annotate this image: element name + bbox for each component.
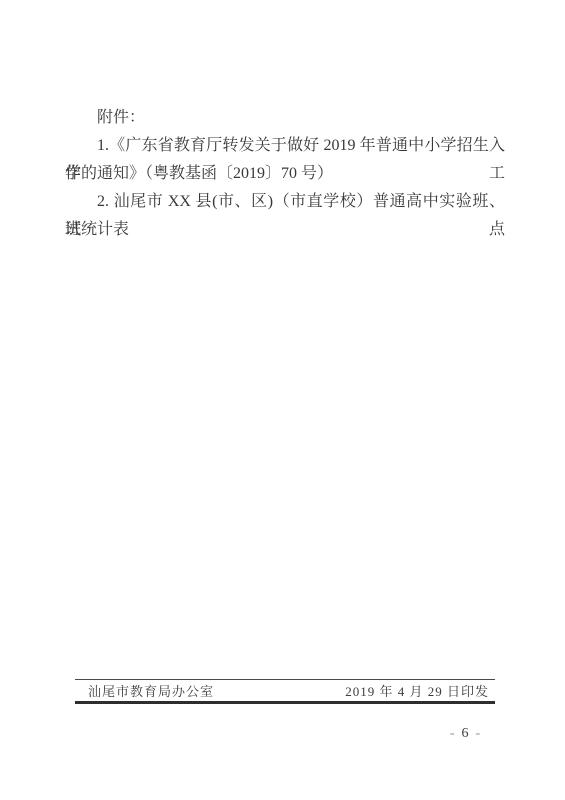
attachment-item-1-line-1: 1.《广东省教育厅转发关于做好 2019 年普通中小学招生入学工	[65, 132, 505, 160]
page-number-dash-right: -	[476, 726, 481, 741]
document-page: 附件： 1.《广东省教育厅转发关于做好 2019 年普通中小学招生入学工 作的通…	[0, 0, 565, 800]
page-number-dash-left: -	[450, 726, 455, 741]
attachment-label: 附件：	[65, 104, 505, 132]
print-date: 2019 年 4 月 29 日印发	[345, 681, 489, 700]
footer-colophon: 汕尾市教育局办公室 2019 年 4 月 29 日印发	[75, 679, 495, 704]
issuing-office: 汕尾市教育局办公室	[88, 681, 214, 700]
page-number: -6-	[435, 726, 495, 742]
page-number-value: 6	[462, 726, 469, 741]
attachment-item-2-line-1: 2. 汕尾市 XX 县(市、区)（市直学校）普通高中实验班、试点	[65, 188, 505, 216]
attachment-section: 附件： 1.《广东省教育厅转发关于做好 2019 年普通中小学招生入学工 作的通…	[65, 104, 505, 244]
